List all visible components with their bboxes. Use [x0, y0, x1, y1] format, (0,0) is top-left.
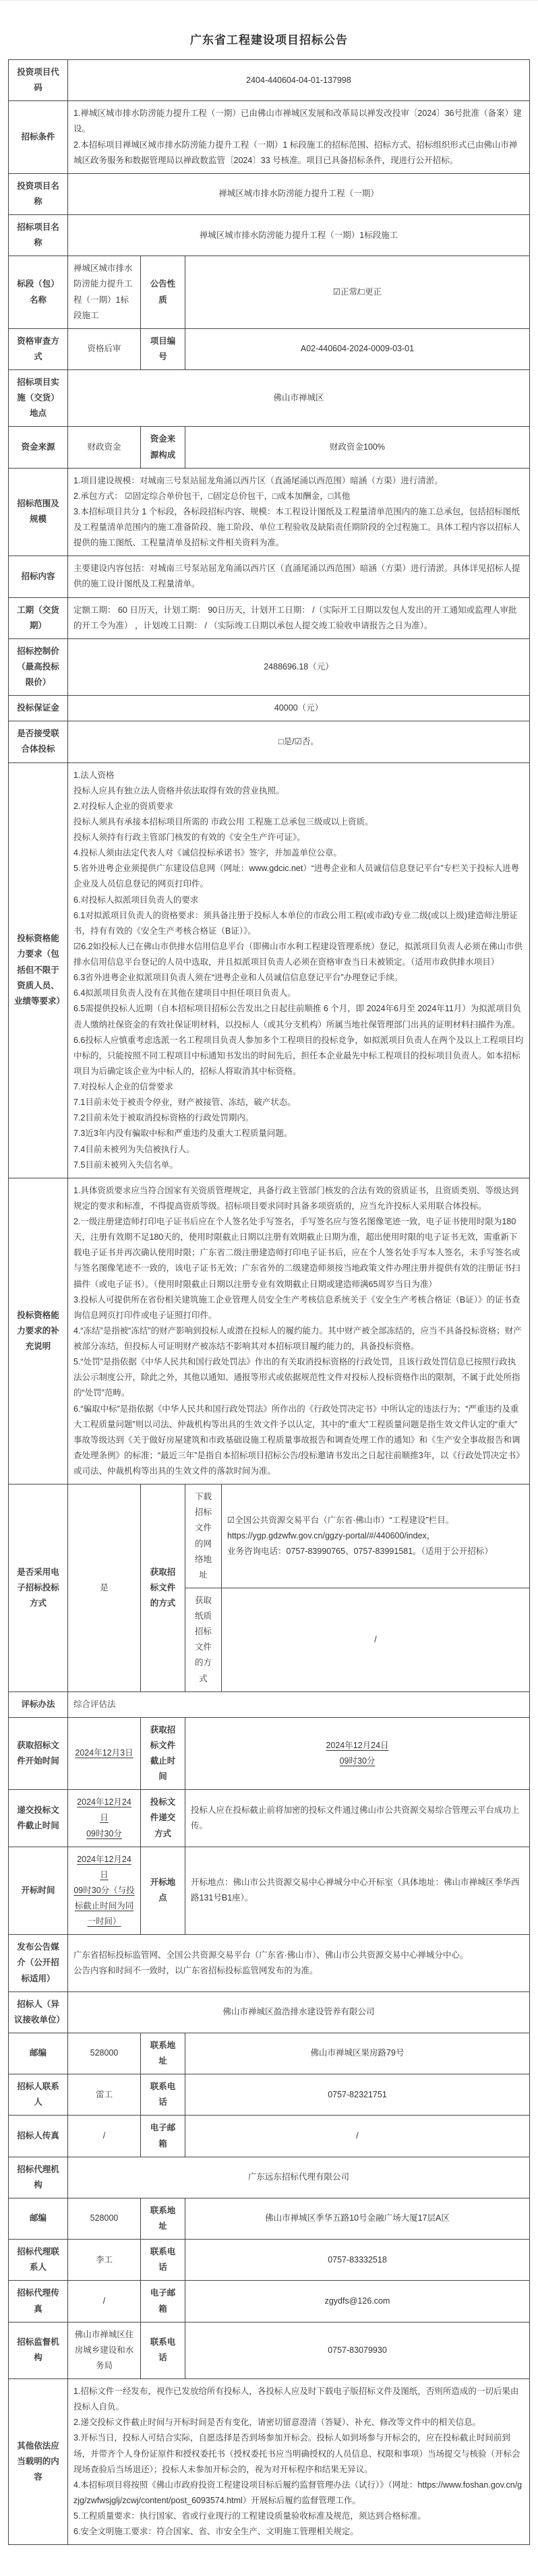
bid-bond-label: 投标保证金 — [9, 696, 68, 721]
row-other: 其他依法应当载明的内容 1.招标文件一经发布，视作已发放给所有投标人，各投标人应… — [9, 2379, 530, 2545]
row-funding: 资金来源 财政资金 资金来源构成 财政资金100% — [9, 427, 530, 468]
announcement-page: 广东省工程建设项目招标公告 投资项目代码 2404-440604-04-01-1… — [0, 0, 538, 2576]
tenderer-zip-label: 邮编 — [9, 2033, 68, 2074]
doc-deadline-label: 获取招标文件截止时间 — [141, 1717, 185, 1790]
notice-nature-value: ☑正常/□更正 — [185, 256, 530, 329]
consortium-value: □是/☑否。 — [68, 721, 530, 762]
section-name-label: 标段（包）名称 — [9, 256, 68, 329]
opening-time-value: 2024年12月24日 09时30分（与投标截止时间为同一时间） — [68, 1847, 141, 1935]
qualification-review-label: 资格审查方式 — [9, 328, 68, 369]
tender-name-value: 禅城区城市排水防涝能力提升工程（一期）1标段施工 — [68, 215, 530, 256]
row-tenderer-contact: 招标人联系人 雷工 联系电话 0757-82321751 — [9, 2074, 530, 2116]
row-qualification-req: 投标资格能力要求（包括但不限于资质人员、业绩等要求） 1.法人资格 投标人应具有… — [9, 762, 530, 1178]
row-submit: 递交投标文件截止时间 2024年12月24日 09时30分 投标文件递交方式 投… — [9, 1790, 530, 1847]
row-investment-code: 投资项目代码 2404-440604-04-01-137998 — [9, 60, 530, 101]
row-tenderer: 招标人（异议接收单位） 佛山市禅城区盈浩排水建设管养有限公司 — [9, 1991, 530, 2033]
tender-content-label: 招标内容 — [9, 556, 68, 597]
row-tender-name: 招标项目名称 禅城区城市排水防涝能力提升工程（一期）1标段施工 — [9, 215, 530, 256]
section-name-value: 禅城区城市排水防涝能力提升工程（一期）1标段施工 — [68, 256, 141, 329]
bid-bond-value: 40000（元） — [68, 696, 530, 721]
page-title: 广东省工程建设项目招标公告 — [8, 30, 530, 47]
row-doc-time: 获取招标文件开始时间 2024年12月3日 获取招标文件截止时间 2024年12… — [9, 1717, 530, 1790]
row-duration: 工期（交货期） 定额工期： 60 日历天，计划工期： 90日历天，计划开工日期：… — [9, 597, 530, 638]
qualification-req-label: 投标资格能力要求（包括但不限于资质人员、业绩等要求） — [9, 762, 68, 1178]
tender-content-value: 主要建设内容包括：对城南三号泵站屈龙角涌以西片区（直涌尾涌以西范围）暗涵（方渠）… — [68, 556, 530, 597]
supervisor-phone-value: 0757-83079930 — [185, 2322, 530, 2378]
submit-method-value: 投标人应在投标截止前将加密的投标文件通过佛山市公共资源交易综合管理云平台成功上传… — [185, 1790, 530, 1847]
evaluation-value: 综合评估法 — [68, 1691, 530, 1717]
supervisor-value: 佛山市禅城区住房城乡建设和水务局 — [68, 2322, 141, 2378]
tenderer-address-label: 联系地址 — [141, 2033, 185, 2074]
row-agency-zip: 邮编 528000 联系地址 佛山市禅城区季华五路10号金融广场大厦17层A区 — [9, 2198, 530, 2239]
duration-value: 定额工期： 60 日历天，计划工期： 90日历天，计划开工日期： /（实际开工日… — [68, 597, 530, 638]
row-bid-bond: 投标保证金 40000（元） — [9, 696, 530, 721]
opening-place-value: 开标地点：佛山市公共资源交易中心禅城分中心开标室（具体地址：佛山市禅城区季华西路… — [185, 1847, 530, 1935]
row-content: 招标内容 主要建设内容包括：对城南三号泵站屈龙角涌以西片区（直涌尾涌以西范围）暗… — [9, 556, 530, 597]
doc-start-label: 获取招标文件开始时间 — [9, 1717, 68, 1790]
row-agency-contact: 招标代理联系人 李工 联系电话 0757-83332518 — [9, 2240, 530, 2281]
scope-label: 招标范围及规模 — [9, 468, 68, 556]
doc-deadline-value: 2024年12月24日 09时30分 — [185, 1717, 530, 1790]
agency-contact-label: 招标代理联系人 — [9, 2240, 68, 2281]
tenderer-fax-label: 招标人传真 — [9, 2116, 68, 2157]
e-bidding-label: 是否采用电子招标投标方式 — [9, 1485, 68, 1692]
tenderer-phone-label: 联系电话 — [141, 2074, 185, 2116]
tenderer-contact-label: 招标人联系人 — [9, 2074, 68, 2116]
row-control-price: 招标控制价（最高投标限价） 2488696.18（元） — [9, 638, 530, 695]
download-address-value: ☑全国公共资源交易平台（广东省·佛山市）“工程建设”栏目。 https://yg… — [222, 1485, 530, 1588]
agency-zip-label: 邮编 — [9, 2198, 68, 2239]
agency-address-value: 佛山市禅城区季华五路10号金融广场大厦17层A区 — [185, 2198, 530, 2239]
qualification-supplement-value: 1.具体资质要求应当符合国家有关资质管理规定，具备行政主管部门核发的合法有效的资… — [68, 1178, 530, 1484]
row-agency: 招标代理机构 广东远东招标代理有限公司 — [9, 2157, 530, 2198]
media-label: 发布公告媒介（公开招标适用） — [9, 1935, 68, 1991]
download-address-label: 下载招标文件的网络地址 — [185, 1485, 222, 1588]
funding-composition-label: 资金来源构成 — [141, 427, 185, 468]
agency-label: 招标代理机构 — [9, 2157, 68, 2198]
qualification-review-value: 资格后审 — [68, 328, 141, 369]
supervisor-phone-label: 联系电话 — [141, 2322, 185, 2378]
tenderer-zip-value: 528000 — [68, 2033, 141, 2074]
agency-phone-label: 联系电话 — [141, 2240, 185, 2281]
row-qualification-supplement: 投标资格能力要求的补充说明 1.具体资质要求应当符合国家有关资质管理规定，具备行… — [9, 1178, 530, 1484]
row-consortium: 是否接受联合体投标 □是/☑否。 — [9, 721, 530, 762]
tenderer-label: 招标人（异议接收单位） — [9, 1991, 68, 2033]
funding-source-value: 财政资金 — [68, 427, 141, 468]
agency-email-value: zgydfs@126.com — [185, 2281, 530, 2322]
e-bidding-value: 是 — [68, 1485, 141, 1692]
evaluation-label: 评标办法 — [9, 1691, 68, 1717]
supervisor-label: 招标监督机构 — [9, 2322, 68, 2378]
row-evaluation: 评标办法 综合评估法 — [9, 1691, 530, 1717]
tenderer-address-value: 佛山市禅城区果房路79号 — [185, 2033, 530, 2074]
paper-doc-value: / — [222, 1588, 530, 1691]
row-tender-conditions: 招标条件 1.禅城区城市排水防涝能力提升工程（一期）已由佛山市禅城区发展和改革局… — [9, 101, 530, 174]
scope-value: 1.项目建设规模：对城南三号泵站屈龙角涌以西片区（直涌尾涌以西范围）暗涵（方渠）… — [68, 468, 530, 556]
agency-fax-label: 招标代理传真 — [9, 2281, 68, 2322]
other-content-value: 1.招标文件一经发布，视作已发放给所有投标人，各投标人应及时下载电子版招标文件及… — [68, 2379, 530, 2545]
investment-name-value: 禅城区城市排水防涝能力提升工程（一期） — [68, 173, 530, 214]
agency-value: 广东远东招标代理有限公司 — [68, 2157, 530, 2198]
doc-method-label: 获取招标文件的方式 — [141, 1485, 185, 1692]
location-label: 招标项目实施（交货）地点 — [9, 370, 68, 427]
row-tenderer-fax: 招标人传真 / 电子邮箱 / — [9, 2116, 530, 2157]
control-price-label: 招标控制价（最高投标限价） — [9, 638, 68, 695]
tenderer-contact-value: 雷工 — [68, 2074, 141, 2116]
agency-email-label: 电子邮箱 — [141, 2281, 185, 2322]
row-e-bidding: 是否采用电子招标投标方式 是 获取招标文件的方式 下载招标文件的网络地址 ☑全国… — [9, 1485, 530, 1588]
tenderer-email-label: 电子邮箱 — [141, 2116, 185, 2157]
row-agency-fax: 招标代理传真 / 电子邮箱 zgydfs@126.com — [9, 2281, 530, 2322]
agency-zip-value: 528000 — [68, 2198, 141, 2239]
project-number-value: A02-440604-2024-0009-03-01 — [185, 328, 530, 369]
row-opening: 开标时间 2024年12月24日 09时30分（与投标截止时间为同一时间） 开标… — [9, 1847, 530, 1935]
submit-method-label: 投标文件递交方式 — [141, 1790, 185, 1847]
tenderer-phone-value: 0757-82321751 — [185, 2074, 530, 2116]
control-price-value: 2488696.18（元） — [68, 638, 530, 695]
row-scope: 招标范围及规模 1.项目建设规模：对城南三号泵站屈龙角涌以西片区（直涌尾涌以西范… — [9, 468, 530, 556]
agency-phone-value: 0757-83332518 — [185, 2240, 530, 2281]
investment-code-label: 投资项目代码 — [9, 60, 68, 101]
doc-start-value: 2024年12月3日 — [68, 1717, 141, 1790]
investment-name-label: 投资项目名称 — [9, 173, 68, 214]
funding-source-label: 资金来源 — [9, 427, 68, 468]
project-number-label: 项目编号 — [141, 328, 185, 369]
row-supervisor: 招标监督机构 佛山市禅城区住房城乡建设和水务局 联系电话 0757-830799… — [9, 2322, 530, 2378]
announcement-table: 投资项目代码 2404-440604-04-01-137998 招标条件 1.禅… — [8, 59, 530, 2545]
qualification-req-value: 1.法人资格 投标人应具有独立法人资格并依法取得有效的营业执照。 2.对投标人企… — [68, 762, 530, 1178]
opening-place-label: 开标地点 — [141, 1847, 185, 1935]
agency-contact-value: 李工 — [68, 2240, 141, 2281]
row-section: 标段（包）名称 禅城区城市排水防涝能力提升工程（一期）1标段施工 公告性质 ☑正… — [9, 256, 530, 329]
paper-doc-label: 获取纸质招标文件的方式 — [185, 1588, 222, 1691]
funding-composition-value: 财政资金100% — [185, 427, 530, 468]
opening-time-label: 开标时间 — [9, 1847, 68, 1935]
tenderer-email-value: / — [185, 2116, 530, 2157]
tender-conditions-label: 招标条件 — [9, 101, 68, 174]
investment-code-value: 2404-440604-04-01-137998 — [68, 60, 530, 101]
row-qualification-review: 资格审查方式 资格后审 项目编号 A02-440604-2024-0009-03… — [9, 328, 530, 369]
qualification-supplement-label: 投标资格能力要求的补充说明 — [9, 1178, 68, 1484]
row-location: 招标项目实施（交货）地点 佛山市禅城区 — [9, 370, 530, 427]
tender-name-label: 招标项目名称 — [9, 215, 68, 256]
duration-label: 工期（交货期） — [9, 597, 68, 638]
row-media: 发布公告媒介（公开招标适用） 广东省招标投标监管网、全国公共资源交易平台（广东省… — [9, 1935, 530, 1991]
other-content-label: 其他依法应当载明的内容 — [9, 2379, 68, 2545]
tender-conditions-value: 1.禅城区城市排水防涝能力提升工程（一期）已由佛山市禅城区发展和改革局以禅发改投… — [68, 101, 530, 174]
submit-deadline-value: 2024年12月24日 09时30分 — [68, 1790, 141, 1847]
agency-address-label: 联系地址 — [141, 2198, 185, 2239]
submit-deadline-label: 递交投标文件截止时间 — [9, 1790, 68, 1847]
notice-nature-label: 公告性质 — [141, 256, 185, 329]
media-value: 广东省招标投标监管网、全国公共资源交易平台（广东省·佛山市）、佛山市公共资源交易… — [68, 1935, 530, 1991]
consortium-label: 是否接受联合体投标 — [9, 721, 68, 762]
row-investment-name: 投资项目名称 禅城区城市排水防涝能力提升工程（一期） — [9, 173, 530, 214]
tenderer-value: 佛山市禅城区盈浩排水建设管养有限公司 — [68, 1991, 530, 2033]
tenderer-fax-value: / — [68, 2116, 141, 2157]
row-tenderer-zip: 邮编 528000 联系地址 佛山市禅城区果房路79号 — [9, 2033, 530, 2074]
agency-fax-value: / — [68, 2281, 141, 2322]
location-value: 佛山市禅城区 — [68, 370, 530, 427]
